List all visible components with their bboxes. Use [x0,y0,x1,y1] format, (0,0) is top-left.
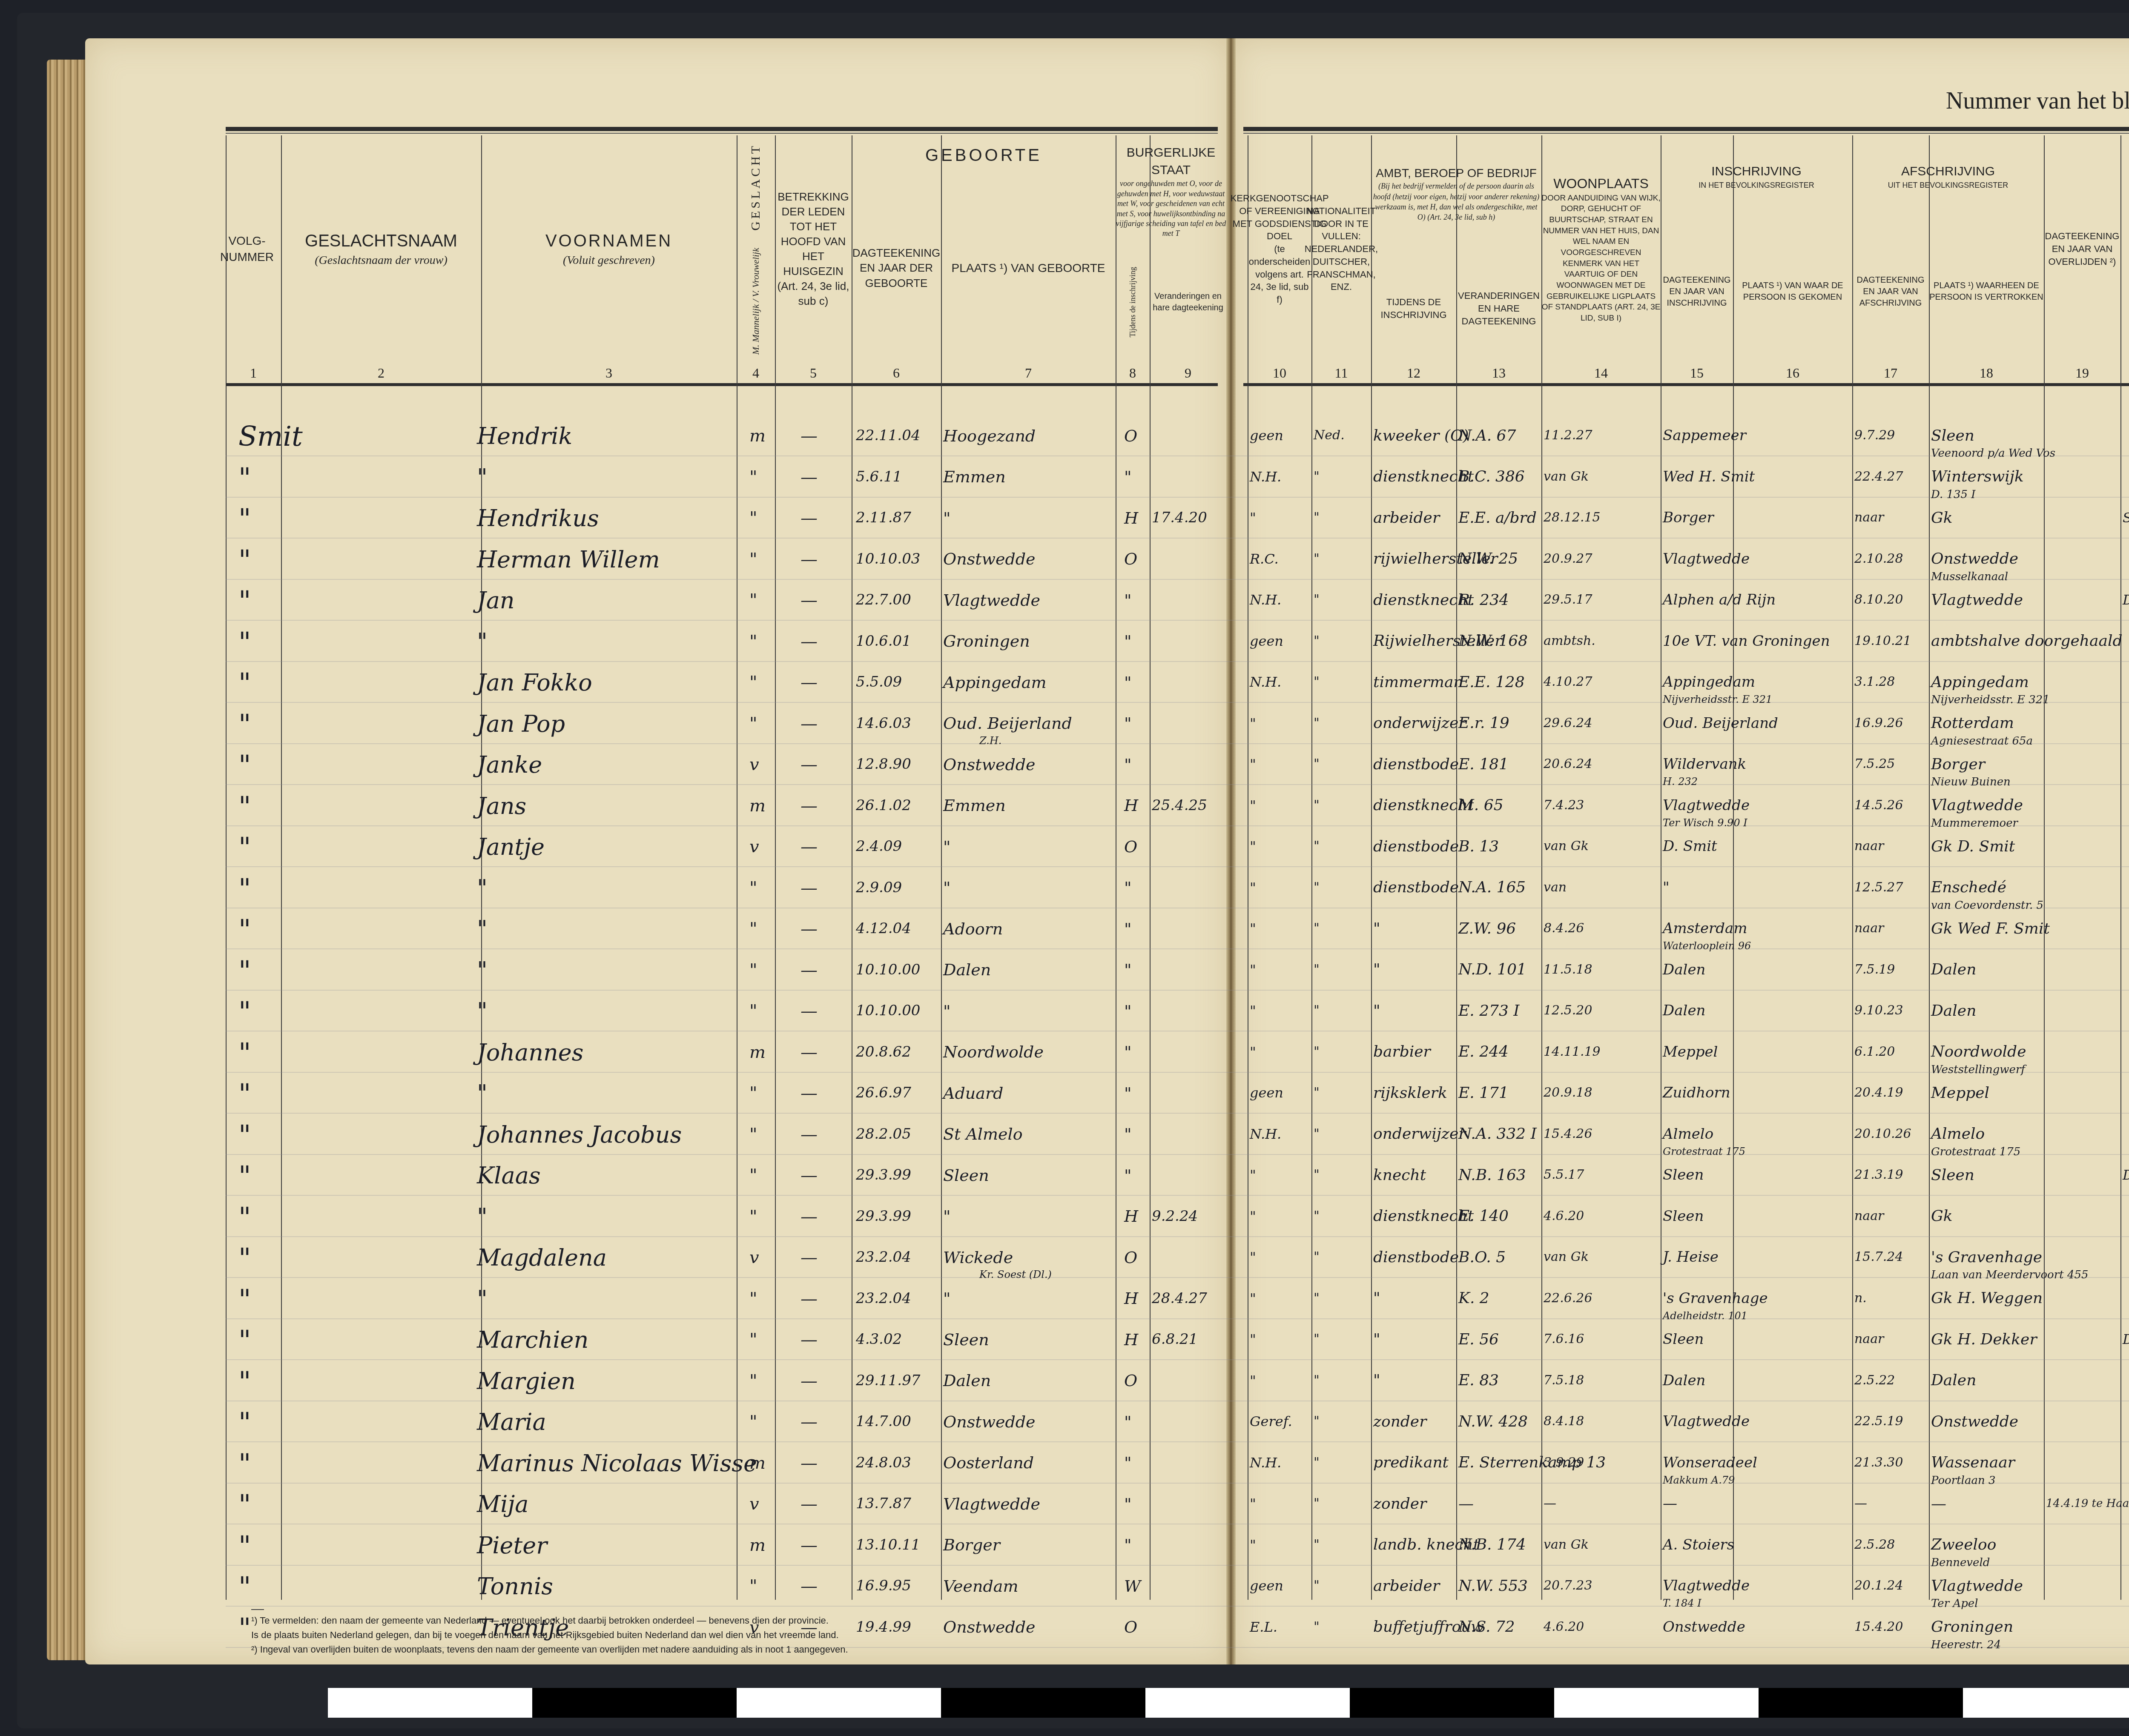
column-number-13: 13 [1456,365,1541,381]
cell-out-to-2: Nijverheidsstr. E 321 [1931,694,2050,705]
cell-nat: " [1314,1579,1320,1592]
cell-out-to-2: Nieuw Buinen [1931,776,2011,788]
cell-rel: — [801,1208,818,1225]
cell-in-from-2: Nijverheidsstr. E 321 [1663,694,1772,705]
cell-church: " [1250,1292,1256,1305]
cell-residence: N.A. 332 I [1458,1126,1537,1142]
cell-church: " [1250,1250,1256,1264]
cell-birth-date: 29.3.99 [856,1209,911,1223]
row-rule [226,1236,2129,1237]
cell-civil: " [1124,633,1131,649]
cell-church: E.L. [1250,1620,1277,1634]
cell-given: Margien [477,1370,576,1393]
cell-sex: " [749,1413,757,1430]
row-rule [226,825,2129,826]
cell-rel: — [801,838,818,855]
cell-birth-place: " [943,839,950,855]
column-number-10: 10 [1248,365,1311,381]
cell-in-from-2: Waterlooplein 96 [1663,941,1751,951]
cell-church: R.C. [1250,552,1279,566]
cell-nat: " [1314,1456,1320,1469]
column-number-14: 14 [1541,365,1661,381]
cell-surname: " [238,1080,251,1108]
cell-birth-place: Vlagtwedde [943,592,1040,608]
cell-in-from: Alphen a/d Rijn [1663,593,1776,607]
header-col-20: Aanmerkingen (Art. 24, 5e lid) [2120,136,2129,362]
cell-occupation: dienstbode [1373,880,1459,895]
header-col-8: Tijdens de inschrijving [1116,247,1150,358]
row-rule [226,1072,2129,1073]
cell-birth-place: Noordwolde [943,1044,1044,1060]
cell-out-to: Onstwedde [1931,551,2018,567]
cell-out-to: Gk H. Weggen [1931,1291,2043,1306]
cell-civil: " [1124,1003,1131,1019]
cell-given: Mija [477,1493,529,1516]
header-col-1-title: Volg-nummer [220,233,274,265]
cell-residence: N.W. 25 [1458,551,1518,567]
cell-civil: O [1124,1372,1137,1389]
cell-out-to: Dalen [1931,962,1976,977]
cell-rel: — [801,551,818,568]
cell-occupation: " [1373,1003,1380,1019]
column-number-17: 17 [1852,365,1929,381]
cell-in-date: 5.5.17 [1544,1169,1584,1181]
cell-birth-date: 4.3.02 [856,1332,902,1346]
cell-birth-place: Hoogezand [943,428,1036,444]
header-col-18-title: Plaats ¹) waarheen de persoon is vertrok… [1929,280,2044,303]
row-rule [226,1483,2129,1484]
cell-birth-place: Borger [943,1537,1000,1553]
cell-surname: " [238,1573,251,1601]
cell-out-to: — [1931,1496,1946,1512]
header-group-ambt: Ambt, beroep of bedrijf (Bij het bedrijf… [1371,136,1541,251]
cell-residence: E. 273 I [1458,1003,1520,1019]
header-bottom-rule-left [226,383,1218,386]
cell-civil: O [1124,839,1137,855]
cell-in-from-2: Makkum A.79 [1663,1475,1735,1485]
column-number-4: 4 [737,365,775,381]
header-top-rule-left [226,127,1218,131]
cell-birth-place: " [943,1003,950,1019]
column-number-3: 3 [481,365,737,381]
cell-out-date: 20.1.24 [1854,1579,1903,1592]
cell-occupation: " [1373,921,1380,937]
cell-surname: Smit [238,423,303,450]
cell-surname: " [238,587,251,615]
cell-out-to-2: Grotestraat 175 [1931,1146,2020,1157]
cell-surname: " [238,1204,251,1231]
cell-sex: m [749,1455,766,1472]
cell-birth-date: 26.6.97 [856,1086,911,1100]
cell-out-to: Dalen [1931,1373,1976,1388]
cell-given: Jan [477,589,515,612]
cell-given: Johannes [477,1041,583,1064]
header-col-9: Veranderingen en hare dagteekening [1150,247,1226,358]
row-rule [226,990,2129,991]
header-burgerlijke-staat-note: voor ongehuwden met O, voor de gehuwden … [1116,179,1226,238]
cell-remarks: Db. 151/162 [2123,1332,2129,1346]
cell-sex: " [749,592,757,609]
cell-out-to: Winterswijk [1931,469,2024,484]
cell-in-date: van Gk [1544,1251,1589,1263]
cell-birth-place: Dalen [943,962,991,978]
cell-occupation: " [1373,1291,1380,1306]
cell-civil: " [1124,1537,1131,1553]
cell-occupation: zonder [1373,1414,1426,1429]
cell-nat: " [1314,1046,1320,1058]
cell-birth-place: St Almelo [943,1126,1023,1142]
header-col-15: Dagteekening en jaar van inschrijving [1661,221,1733,362]
cell-out-to: Gk [1931,510,1953,526]
cell-birth-place: Dalen [943,1372,991,1389]
header-col-2-title: Geslachtsnaam [305,229,457,252]
cell-sex: v [749,838,759,855]
cell-sex: " [749,1167,757,1184]
book-spine [1226,38,1236,1664]
cell-residence: E. 56 [1458,1332,1499,1347]
cell-surname: " [238,547,251,574]
cell-sex: " [749,633,757,650]
header-col-19: Dagteekening en jaar van overlijden ²) [2044,136,2120,362]
cell-given: Jan Fokko [477,671,592,694]
cell-out-date: naar [1854,922,1884,935]
cell-given: Tonnis [477,1575,553,1598]
header-group-inschrijving-label: Inschrijving [1711,163,1802,180]
header-top-rule-right [1243,127,2129,131]
cell-church: " [1250,1004,1256,1017]
cell-remarks: Db. 152/187 [2123,1168,2129,1182]
cell-church: N.H. [1250,675,1281,689]
header-group-geboorte: Geboorte [852,136,1116,175]
column-number-5: 5 [775,365,852,381]
cell-out-to-2: Heerestr. 24 [1931,1639,2001,1650]
cell-in-from-2: T. 184 I [1663,1598,1701,1608]
cell-church: " [1250,881,1256,894]
cell-nat: " [1314,1621,1320,1633]
cell-residence: E. 83 [1458,1373,1499,1388]
cell-surname: " [238,793,251,820]
cell-out-to: Wassenaar [1931,1455,2015,1470]
cell-birth-place: Groningen [943,633,1030,649]
cell-residence: N.B. 163 [1458,1168,1526,1183]
cell-birth-date: 24.8.03 [856,1455,911,1470]
cell-birth-place: Emmen [943,469,1006,485]
cell-out-date: naar [1854,1333,1884,1346]
cell-surname: " [238,1368,251,1395]
cell-birth-date: 12.8.90 [856,757,911,771]
cell-civil: " [1124,1044,1131,1060]
cell-rel: — [801,1044,818,1061]
cell-nat: " [1314,922,1320,935]
cell-sex: v [749,1249,759,1266]
cell-civil: " [1124,921,1131,937]
cell-given: Herman Willem [477,548,660,571]
cell-remarks: D - 152/99 [2123,593,2129,607]
cell-residence: E.E. 128 [1458,675,1525,690]
row-rule [226,743,2129,744]
cell-sex: " [749,920,757,937]
cell-given: Magdalena [477,1246,607,1269]
cell-church: geen [1250,1086,1283,1100]
header-group-burgerlijke-staat-label: Burgerlijke staat [1116,144,1226,179]
cell-in-date: ambtsh. [1544,635,1595,647]
cell-occupation: " [1373,1332,1380,1347]
cell-surname: " [238,1286,251,1313]
cell-out-date: 3.1.28 [1854,676,1895,688]
cell-civil-change: 28.4.27 [1152,1291,1207,1306]
calibration-square [1554,1688,1759,1718]
cell-in-date: 15.4.26 [1544,1128,1592,1140]
column-number-15: 15 [1661,365,1733,381]
cell-residence: B. 13 [1458,839,1499,854]
cell-in-from: 's Gravenhage [1663,1291,1768,1306]
cell-in-date: 20.7.23 [1544,1579,1592,1592]
cell-out-date: 2.5.22 [1854,1374,1895,1387]
cell-rel: — [801,920,818,937]
cell-occupation: " [1373,1373,1380,1388]
cell-civil: " [1124,1085,1131,1101]
cell-sex: " [749,1085,757,1102]
cell-in-from: Vlagtwedde [1663,1578,1750,1593]
cell-in-from: Vlagtwedde [1663,1414,1750,1429]
column-number-11: 11 [1311,365,1371,381]
cell-out-to: Noordwolde [1931,1044,2026,1060]
cell-in-date: 20.6.24 [1544,758,1592,771]
cell-nat: " [1314,1251,1320,1263]
cell-in-from: Onstwedde [1663,1620,1745,1634]
cell-birth-date: 23.2.04 [856,1291,911,1306]
cell-in-date: van Gk [1544,840,1589,853]
cell-rel: — [801,1167,818,1184]
cell-sex: " [749,1003,757,1020]
cell-residence: N.A. 165 [1458,880,1526,895]
header-col-9-title: Veranderingen en hare dagteekening [1150,291,1226,314]
cell-civil: " [1124,674,1131,690]
cell-nat: " [1314,1292,1320,1305]
cell-sex: " [749,674,757,691]
cell-civil: " [1124,469,1131,485]
cell-nat: " [1314,717,1320,730]
cell-nat: " [1314,799,1320,812]
cell-out-date: 20.4.19 [1854,1086,1903,1099]
cell-surname: " [238,1409,251,1436]
cell-rel: — [801,1290,818,1307]
cell-church: Geref. [1250,1415,1292,1428]
cell-civil: " [1124,879,1131,896]
calibration-square [328,1688,532,1718]
cell-in-from: Sleen [1663,1332,1704,1346]
cell-birth-date: 14.7.00 [856,1414,911,1429]
cell-civil: O [1124,428,1137,444]
header-col-7-title: Plaats ¹) van geboorte [952,260,1105,276]
row-rule [226,497,2129,498]
color-calibration-strip [328,1688,2129,1718]
cell-in-date: 4.6.20 [1544,1621,1584,1633]
cell-residence: N.A. 67 [1458,428,1516,444]
cell-civil: " [1124,1126,1131,1142]
cell-occupation: dienstbode [1373,1250,1459,1265]
header-col-12: Tijdens de inschrijving [1371,255,1456,362]
row-rule [226,1359,2129,1360]
cell-rel: — [801,1249,818,1266]
cell-birth-place: " [943,510,950,526]
column-number-12: 12 [1371,365,1456,381]
cell-in-from: Borger [1663,510,1714,525]
cell-in-from: Sleen [1663,1209,1704,1223]
cell-church: " [1250,1045,1256,1059]
cell-given: " [477,630,488,653]
header-bottom-rule-right [1243,383,2129,386]
header-col-5-title: Betrekking der leden tot het hoofd van h… [775,189,852,279]
header-col-14-title: Woonplaats [1553,175,1648,193]
cell-residence: N.W. 428 [1458,1414,1528,1429]
cell-out-to: Groningen [1931,1619,2013,1635]
cell-residence: E.E. a/brd [1458,510,1537,526]
header-col-3-title: Voornamen [545,229,672,252]
row-rule [226,1318,2129,1319]
header-col-11-sub: door in te vullen: Nederlander, Duitsche… [1305,218,1378,293]
cell-sex: v [749,756,759,773]
cell-out-date: 16.9.26 [1854,717,1903,730]
cell-out-date: naar [1854,1210,1884,1223]
cell-birth-date: 2.4.09 [856,839,902,854]
row-rule [226,1031,2129,1031]
cell-in-from: D. Smit [1663,839,1717,854]
cell-residence: B.C. 386 [1458,469,1525,484]
cell-given: " [477,1082,488,1105]
cell-nat: " [1314,1004,1320,1017]
calibration-square [1145,1688,1350,1718]
cell-birth-date: 26.1.02 [856,798,911,813]
cell-given: Marchien [477,1329,588,1352]
cell-civil: " [1124,592,1131,608]
cell-nat: " [1314,840,1320,853]
cell-church: " [1250,1374,1256,1387]
cell-nat: " [1314,593,1320,606]
cell-civil-change: 6.8.21 [1152,1332,1198,1346]
cell-civil: O [1124,1249,1137,1266]
cell-out-date: 7.5.25 [1854,758,1895,771]
cell-surname: " [238,629,251,656]
cell-rel: — [801,756,818,773]
cell-out-date: 2.10.28 [1854,553,1903,565]
cell-in-from: Meppel [1663,1045,1718,1059]
cell-nat: " [1314,1210,1320,1223]
cell-in-from-2: Grotestraat 175 [1663,1146,1745,1157]
cell-out-to: Sleen [1931,428,1974,444]
cell-out-to: Zweeloo [1931,1537,1996,1553]
cell-residence: E. 171 [1458,1086,1509,1101]
cell-rel: — [801,510,818,527]
cell-residence: N.B. 174 [1458,1537,1526,1553]
cell-birth-date: 23.2.04 [856,1250,911,1264]
row-rule [226,620,2129,621]
cell-out-to: Vlagtwedde [1931,593,2023,608]
cell-church: N.H. [1250,1127,1281,1141]
cell-nat: " [1314,635,1320,647]
cell-out-to-2: Weststellingwerf [1931,1064,2025,1075]
cell-birth-place: Veendam [943,1578,1018,1594]
cell-birth-date: 13.7.87 [856,1496,911,1511]
cell-sex: " [749,715,757,732]
footnote-rule [251,1609,264,1610]
cell-church: N.H. [1250,470,1281,484]
cell-birth-date: 28.2.05 [856,1127,911,1141]
cell-surname: " [238,875,251,902]
cell-in-date: 11.5.18 [1544,963,1592,976]
header-col-17: Dagteekening en jaar van afschrijving [1852,221,1929,362]
cell-sex: " [749,1578,757,1595]
cell-out-date: 22.4.27 [1854,470,1903,483]
cell-in-from: Wed H. Smit [1663,470,1755,484]
cell-birth-place: " [943,1290,950,1306]
cell-surname: " [238,1491,251,1518]
cell-rel: — [801,1537,818,1554]
cell-in-date: 29.5.17 [1544,593,1592,606]
cell-in-date: 11.2.27 [1544,429,1592,442]
header-col-4: Geslacht M. Mannelijk / V. Vrouwelijk [737,140,775,358]
cell-in-from: Wildervank [1663,757,1746,771]
cell-sex: " [749,551,757,568]
cell-birth-date: 10.10.00 [856,963,920,977]
cell-civil: " [1124,1414,1131,1430]
cell-birth-date: 10.10.00 [856,1003,920,1018]
cell-residence: N.D. 101 [1458,962,1526,977]
cell-death: 14.4.19 te Haarlem [2046,1498,2129,1509]
cell-out-to-2: Agniesestraat 65a [1931,736,2033,747]
cell-occupation: dienstbode [1373,839,1459,854]
cell-out-date: 7.5.19 [1854,963,1895,976]
cell-sex: m [749,1044,766,1061]
cell-in-from: Almelo [1663,1127,1713,1141]
header-col-4-title: Geslacht [747,143,765,231]
cell-in-date: 8.4.26 [1544,922,1584,935]
cell-civil-change: 25.4.25 [1152,798,1207,813]
cell-occupation: predikant [1373,1455,1449,1470]
cell-in-from: Vlagtwedde [1663,552,1750,566]
cell-out-date: naar [1854,840,1884,853]
header-col-5-sub: (Art. 24, 3e lid, sub c) [775,279,852,309]
header-col-11: Nationaliteit door in te vullen: Nederla… [1311,136,1371,362]
cell-rel: — [801,1495,818,1513]
cell-in-from: Dalen [1663,963,1705,977]
cell-out-to: Vlagtwedde [1931,1578,2023,1594]
row-rule [226,784,2129,785]
cell-birth-place: Appingedam [943,674,1047,690]
cell-rel: — [801,715,818,732]
cell-birth-date: 22.11.04 [856,428,920,443]
cell-rel: — [801,962,818,979]
cell-church: " [1250,963,1256,977]
cell-birth-date: 5.6.11 [856,470,902,484]
cell-given: " [477,1000,488,1023]
cell-in-from: Dalen [1663,1003,1705,1018]
cell-in-from: 10e VT. van Groningen [1663,634,1830,648]
cell-surname: " [238,1122,251,1149]
cell-occupation: onderwijzer [1373,1126,1466,1142]
cell-nat: " [1314,676,1320,688]
cell-out-to: Onstwedde [1931,1414,2018,1429]
row-rule [226,1401,2129,1401]
cell-residence: E.r. 19 [1458,716,1509,731]
cell-sex: m [749,797,766,814]
header-col-15-title: Dagteekening en jaar van inschrijving [1661,275,1733,309]
cell-in-from: Zuidhorn [1663,1086,1730,1100]
calibration-square [941,1688,1145,1718]
header-group-inschrijving: Inschrijving in het bevolkingsregister [1661,136,1852,217]
cell-surname: " [238,670,251,697]
header-col-4-sub: M. Mannelijk / V. Vrouwelijk [749,248,762,355]
